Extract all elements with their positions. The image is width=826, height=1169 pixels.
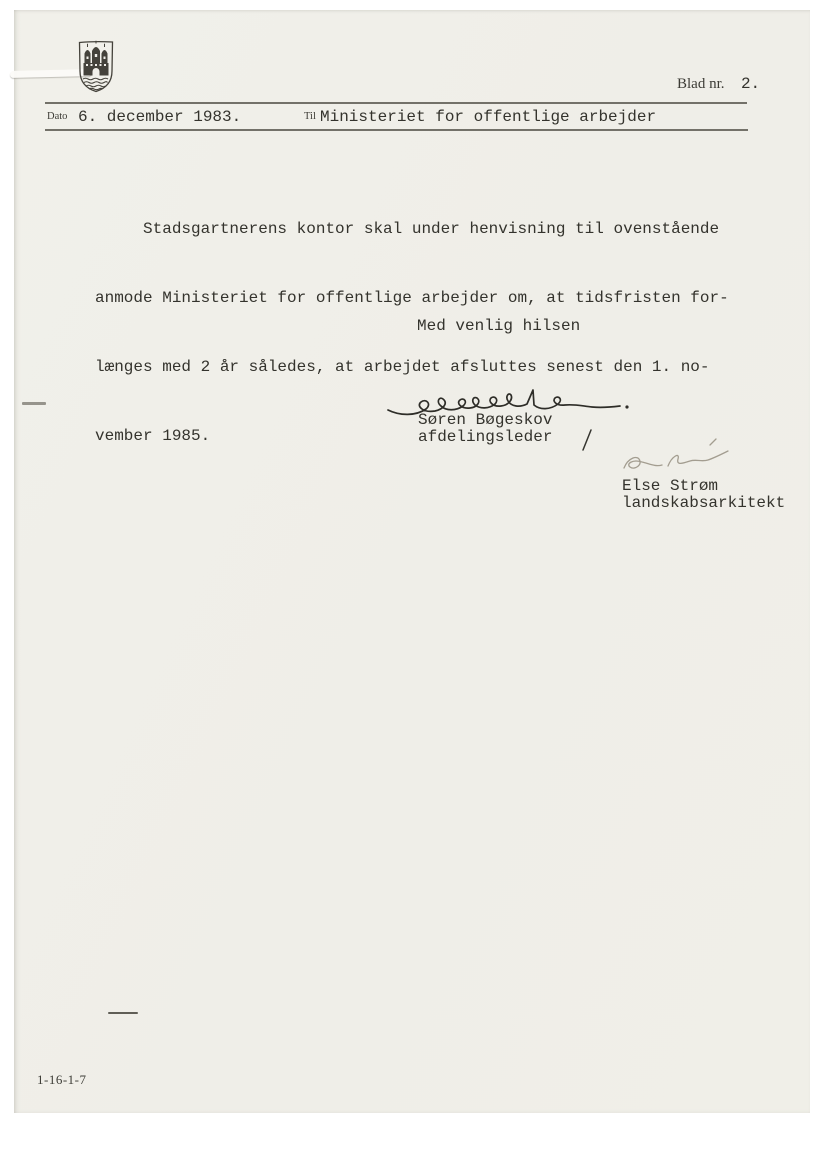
dato-value: 6. december 1983. [78,107,241,127]
scan-background: Blad nr. 2. Dato 6. december 1983. Til M… [0,0,826,1169]
blad-nr-value: 2. [741,75,760,93]
fold-mark [22,402,46,405]
pen-slash-mark [580,427,594,453]
blad-nr: Blad nr. 2. [677,74,760,94]
header-rule-top [45,102,747,104]
municipal-coat-of-arms-icon [76,40,116,94]
salutation: Med venlig hilsen [417,316,580,336]
signer2-typed-title: landskabsarkitekt [622,493,785,513]
form-number: 1-16-1-7 [37,1072,87,1088]
fold-mark [108,1012,138,1014]
body-line: anmode Ministeriet for offentlige arbejd… [95,284,729,313]
body-line: Stadsgartnerens kontor skal under henvis… [95,215,729,244]
letter-page: Blad nr. 2. Dato 6. december 1983. Til M… [14,10,810,1113]
header-rule-bottom [45,129,748,131]
dato-label: Dato [47,111,67,122]
til-label: Til [304,111,316,122]
signature-else-strom [614,438,754,480]
til-value: Ministeriet for offentlige arbejder [320,107,656,127]
blad-nr-label: Blad nr. [677,76,725,92]
signer1-typed-title: afdelingsleder [418,427,552,447]
body-line: længes med 2 år således, at arbejdet afs… [95,353,729,382]
